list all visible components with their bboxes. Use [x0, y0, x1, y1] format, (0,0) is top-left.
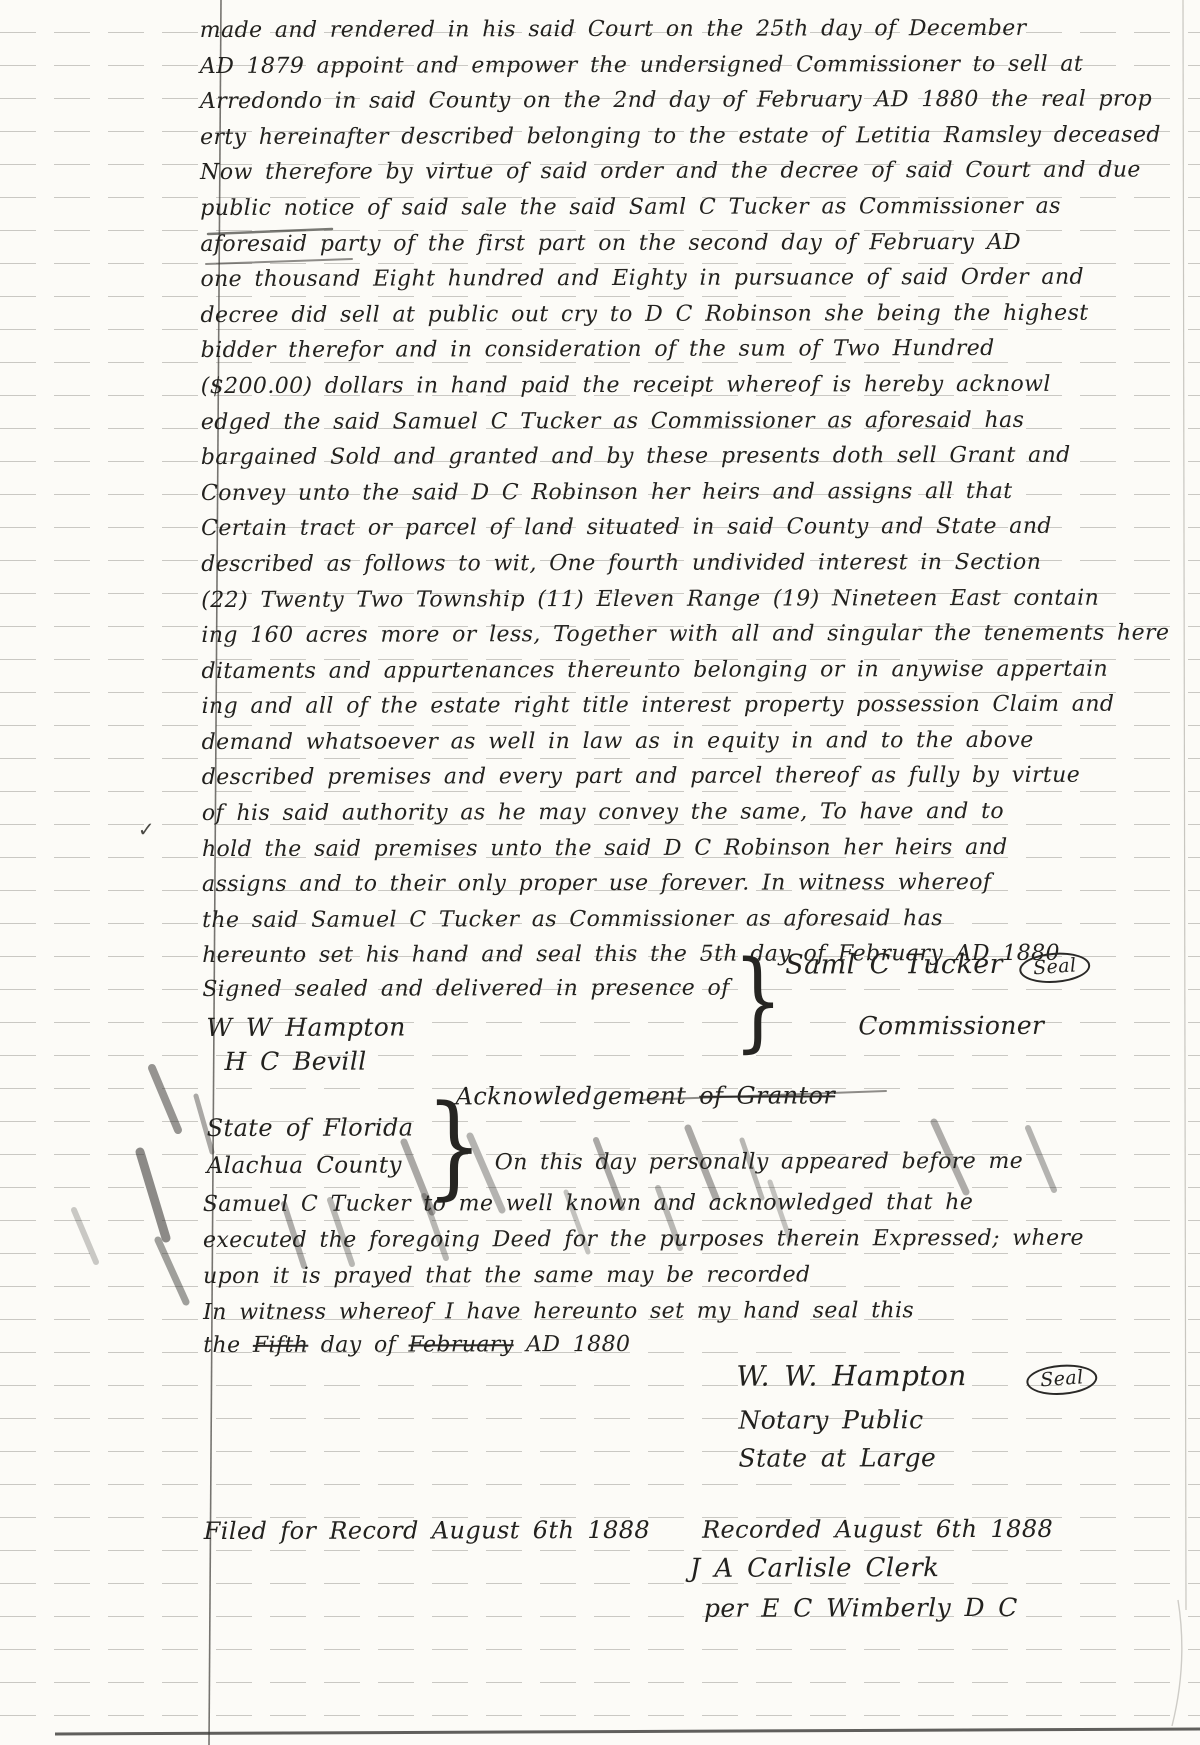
- manuscript-line: aforesaid party of the first part on the…: [200, 224, 1168, 262]
- acknowledgement-heading-text: Acknowledgement: [456, 1082, 700, 1111]
- grantor-seal: Seal: [1018, 950, 1091, 985]
- filed-for-record: Filed for Record August 6th 1888: [204, 1516, 650, 1545]
- manuscript-line: ing 160 acres more or less, Together wit…: [201, 616, 1169, 654]
- acknowledgement-opening: On this day personally appeared before m…: [495, 1149, 1023, 1175]
- manuscript-layer: made and rendered in his said Court on t…: [0, 0, 1200, 1745]
- venue-state: State of Florida: [207, 1113, 414, 1142]
- margin-checkmark: ✓: [138, 817, 155, 841]
- manuscript-line: Arredondo in said County on the 2nd day …: [200, 82, 1168, 120]
- manuscript-line: demand whatsoever as well in law as in e…: [202, 722, 1170, 760]
- acknowledgement-heading-struck: of Grantor: [699, 1081, 835, 1109]
- notary-signature: W. W. Hampton: [736, 1359, 966, 1393]
- deed-body: made and rendered in his said Court on t…: [200, 11, 1170, 975]
- manuscript-line: assigns and to their only proper use for…: [202, 865, 1170, 903]
- manuscript-line: AD 1879 appoint and empower the undersig…: [200, 46, 1168, 84]
- grantor-signature-row: Saml C TuckerSeal: [785, 949, 1090, 984]
- manuscript-line: upon it is prayed that the same may be r…: [203, 1257, 1084, 1295]
- venue-county: Alachua County: [207, 1153, 402, 1180]
- presence-brace: }: [733, 948, 783, 1056]
- clerk-signature: J A Carlisle Clerk: [690, 1553, 940, 1584]
- manuscript-line: Certain tract or parcel of land situated…: [201, 509, 1169, 547]
- manuscript-line: edged the said Samuel C Tucker as Commis…: [201, 402, 1169, 440]
- date-mid: day of: [308, 1333, 408, 1358]
- manuscript-line: ($200.00) dollars in hand paid the recei…: [201, 366, 1169, 404]
- manuscript-line: of his said authority as he may convey t…: [202, 794, 1170, 832]
- manuscript-line: executed the foregoing Deed for the purp…: [203, 1221, 1084, 1259]
- date-day: Fifth: [253, 1333, 309, 1358]
- manuscript-line: one thousand Eight hundred and Eighty in…: [200, 260, 1168, 298]
- manuscript-line: decree did sell at public out cry to D C…: [200, 295, 1168, 333]
- notary-signature-row: W. W. HamptonSeal: [736, 1359, 1098, 1396]
- manuscript-line: made and rendered in his said Court on t…: [200, 11, 1168, 49]
- manuscript-line: (22) Twenty Two Township (11) Eleven Ran…: [201, 580, 1169, 618]
- acknowledgement-date-line: the Fifth day of February AD 1880: [203, 1332, 630, 1358]
- manuscript-line: Convey unto the said D C Robinson her he…: [201, 473, 1169, 511]
- manuscript-line: Samuel C Tucker to me well known and ack…: [203, 1185, 1084, 1223]
- deputy-clerk-signature: per E C Wimberly D C: [704, 1593, 1018, 1623]
- manuscript-line: In witness whereof I have hereunto set m…: [203, 1293, 1084, 1331]
- manuscript-line: described as follows to wit, One fourth …: [201, 544, 1169, 582]
- grantor-title: Commissioner: [858, 1011, 1044, 1040]
- date-pre: the: [203, 1333, 253, 1358]
- deed-page: made and rendered in his said Court on t…: [0, 0, 1200, 1745]
- manuscript-line: bargained Sold and granted and by these …: [201, 438, 1169, 476]
- manuscript-line: the said Samuel C Tucker as Commissioner…: [202, 900, 1170, 938]
- date-month: February: [408, 1332, 513, 1357]
- witness-signature-2: H C Bevill: [224, 1047, 366, 1076]
- notary-title: Notary Public: [738, 1405, 923, 1434]
- notary-jurisdiction: State at Large: [738, 1443, 936, 1473]
- manuscript-line: ditaments and appurtenances thereunto be…: [201, 651, 1169, 689]
- manuscript-line: Now therefore by virtue of said order an…: [200, 153, 1168, 191]
- notary-seal: Seal: [1026, 1362, 1099, 1397]
- witness-signature-1: W W Hampton: [206, 1013, 405, 1043]
- manuscript-line: hold the said premises unto the said D C…: [202, 829, 1170, 867]
- date-post: AD 1880: [514, 1332, 631, 1357]
- filing-row: Filed for Record August 6th 1888Recorded…: [204, 1515, 1053, 1545]
- manuscript-line: public notice of said sale the said Saml…: [200, 188, 1168, 226]
- acknowledgement-body: Samuel C Tucker to me well known and ack…: [203, 1185, 1084, 1331]
- presence-line: Signed sealed and delivered in presence …: [202, 976, 730, 1002]
- manuscript-line: described premises and every part and pa…: [202, 758, 1170, 796]
- grantor-signature: Saml C Tucker: [785, 949, 1003, 981]
- manuscript-line: erty hereinafter described belonging to …: [200, 117, 1168, 155]
- manuscript-line: bidder therefor and in consideration of …: [201, 331, 1169, 369]
- acknowledgement-heading: Acknowledgement of Grantor: [456, 1081, 836, 1110]
- manuscript-line: ing and all of the estate right title in…: [202, 687, 1170, 725]
- recorded: Recorded August 6th 1888: [702, 1515, 1053, 1544]
